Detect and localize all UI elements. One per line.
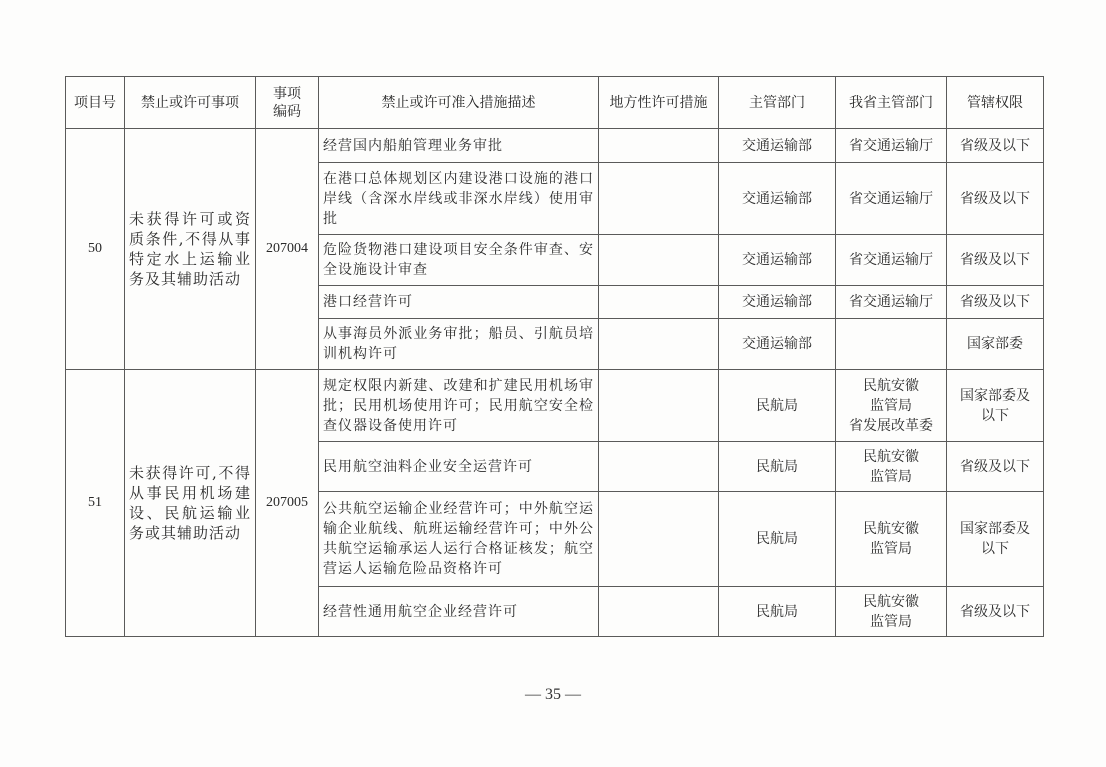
dept-cell: 交通运输部 (719, 286, 836, 319)
province-dept-cell: 省交通运输厅 (836, 286, 947, 319)
header-dept: 主管部门 (719, 77, 836, 129)
description-cell: 民用航空油料企业安全运营许可 (319, 442, 599, 492)
jurisdiction-cell: 国家部委及 以下 (947, 492, 1044, 587)
description-cell: 在港口总体规划区内建设港口设施的港口岸线（含深水岸线或非深水岸线）使用审批 (319, 163, 599, 235)
local-measure-cell (599, 129, 719, 163)
province-dept-cell: 省交通运输厅 (836, 163, 947, 235)
jurisdiction-cell: 省级及以下 (947, 442, 1044, 492)
province-dept-cell: 民航安徽 监管局 省发展改革委 (836, 370, 947, 442)
header-local: 地方性许可措施 (599, 77, 719, 129)
code-cell: 207005 (256, 370, 319, 637)
header-jurisdiction: 管辖权限 (947, 77, 1044, 129)
item-no-cell: 51 (66, 370, 125, 637)
dept-cell: 民航局 (719, 587, 836, 637)
description-cell: 港口经营许可 (319, 286, 599, 319)
local-measure-cell (599, 286, 719, 319)
code-cell: 207004 (256, 129, 319, 370)
province-dept-cell: 民航安徽 监管局 (836, 492, 947, 587)
jurisdiction-cell: 省级及以下 (947, 129, 1044, 163)
local-measure-cell (599, 319, 719, 370)
item-no-cell: 50 (66, 129, 125, 370)
local-measure-cell (599, 370, 719, 442)
table-row: 50未获得许可或资质条件,不得从事特定水上运输业务及其辅助活动207004经营国… (66, 129, 1044, 163)
local-measure-cell (599, 492, 719, 587)
dept-cell: 民航局 (719, 442, 836, 492)
dept-cell: 交通运输部 (719, 163, 836, 235)
dept-cell: 民航局 (719, 370, 836, 442)
jurisdiction-cell: 省级及以下 (947, 587, 1044, 637)
local-measure-cell (599, 442, 719, 492)
jurisdiction-cell: 省级及以下 (947, 235, 1044, 286)
province-dept-cell: 省交通运输厅 (836, 129, 947, 163)
dept-cell: 民航局 (719, 492, 836, 587)
item-cell: 未获得许可或资质条件,不得从事特定水上运输业务及其辅助活动 (125, 129, 256, 370)
description-cell: 危险货物港口建设项目安全条件审查、安全设施设计审查 (319, 235, 599, 286)
province-dept-cell: 民航安徽 监管局 (836, 587, 947, 637)
description-cell: 经营性通用航空企业经营许可 (319, 587, 599, 637)
description-cell: 规定权限内新建、改建和扩建民用机场审批；民用机场使用许可；民用航空安全检查仪器设… (319, 370, 599, 442)
dept-cell: 交通运输部 (719, 235, 836, 286)
province-dept-cell: 民航安徽 监管局 (836, 442, 947, 492)
header-item-no: 项目号 (66, 77, 125, 129)
header-item: 禁止或许可事项 (125, 77, 256, 129)
jurisdiction-cell: 国家部委 (947, 319, 1044, 370)
header-code: 事项 编码 (256, 77, 319, 129)
local-measure-cell (599, 587, 719, 637)
jurisdiction-cell: 国家部委及 以下 (947, 370, 1044, 442)
dept-cell: 交通运输部 (719, 129, 836, 163)
description-cell: 公共航空运输企业经营许可；中外航空运输企业航线、航班运输经营许可；中外公共航空运… (319, 492, 599, 587)
province-dept-cell: 省交通运输厅 (836, 235, 947, 286)
jurisdiction-cell: 省级及以下 (947, 163, 1044, 235)
header-province-dept: 我省主管部门 (836, 77, 947, 129)
local-measure-cell (599, 235, 719, 286)
jurisdiction-cell: 省级及以下 (947, 286, 1044, 319)
description-cell: 经营国内船舶管理业务审批 (319, 129, 599, 163)
permit-table: 项目号 禁止或许可事项 事项 编码 禁止或许可准入措施描述 地方性许可措施 主管… (65, 76, 1044, 637)
description-cell: 从事海员外派业务审批；船员、引航员培训机构许可 (319, 319, 599, 370)
table-row: 51未获得许可,不得从事民用机场建设、民航运输业务或其辅助活动207005规定权… (66, 370, 1044, 442)
item-cell: 未获得许可,不得从事民用机场建设、民航运输业务或其辅助活动 (125, 370, 256, 637)
header-row: 项目号 禁止或许可事项 事项 编码 禁止或许可准入措施描述 地方性许可措施 主管… (66, 77, 1044, 129)
dept-cell: 交通运输部 (719, 319, 836, 370)
local-measure-cell (599, 163, 719, 235)
province-dept-cell (836, 319, 947, 370)
page-number: — 35 — (0, 686, 1106, 704)
header-description: 禁止或许可准入措施描述 (319, 77, 599, 129)
